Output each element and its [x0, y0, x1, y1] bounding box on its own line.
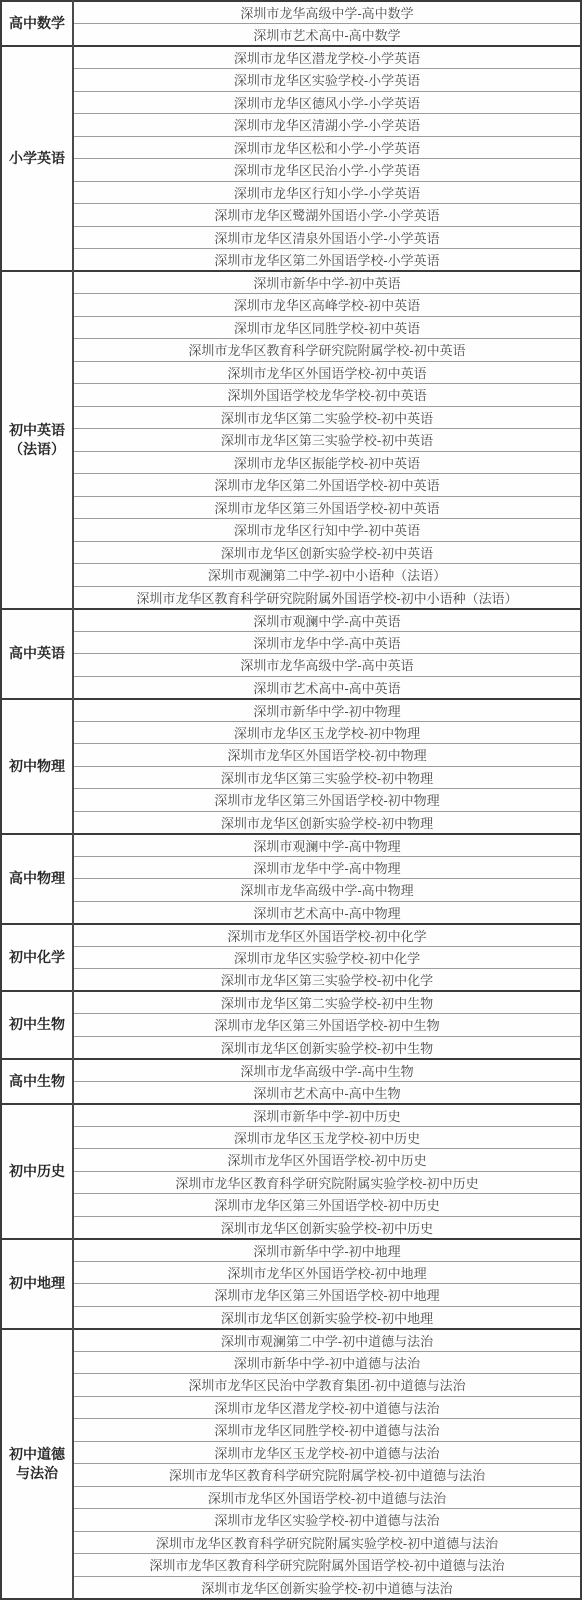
table-row: 深圳市龙华区第三外国语学校-初中生物 [1, 1014, 581, 1037]
school-cell: 深圳市龙华区第二实验学校-初中生物 [73, 991, 581, 1014]
category-cell: 初中物理 [1, 699, 73, 834]
school-cell: 深圳市龙华区行知中学-初中英语 [73, 519, 581, 542]
table-row: 深圳市艺术高中-高中英语 [1, 676, 581, 699]
school-cell: 深圳市龙华区潜龙学校-小学英语 [73, 46, 581, 69]
category-cell: 高中生物 [1, 1059, 73, 1104]
table-row: 初中地理深圳市新华中学-初中地理 [1, 1239, 581, 1262]
school-cell: 深圳市龙华区外国语学校-初中道德与法治 [73, 1486, 581, 1509]
school-cell: 深圳市龙华区创新实验学校-初中地理 [73, 1306, 581, 1329]
school-cell: 深圳市龙华区教育科学研究院附属实验学校-初中历史 [73, 1171, 581, 1194]
school-cell: 深圳市新华中学-初中历史 [73, 1104, 581, 1127]
table-row: 小学英语深圳市龙华区潜龙学校-小学英语 [1, 46, 581, 69]
table-row: 初中化学深圳市龙华区外国语学校-初中化学 [1, 924, 581, 947]
school-cell: 深圳市龙华区外国语学校-初中化学 [73, 924, 581, 947]
table-row: 深圳市龙华区外国语学校-初中历史 [1, 1149, 581, 1172]
school-cell: 深圳市龙华区教育科学研究院附属实验学校-初中道德与法治 [73, 1531, 581, 1554]
table-row: 深圳市龙华区行知中学-初中英语 [1, 519, 581, 542]
table-row: 深圳市龙华区同胜学校-初中道德与法治 [1, 1419, 581, 1442]
school-cell: 深圳市新华中学-初中道德与法治 [73, 1351, 581, 1374]
table-body: 高中数学深圳市龙华高级中学-高中数学深圳市艺术高中-高中数学小学英语深圳市龙华区… [1, 1, 581, 1599]
school-cell: 深圳市龙华区创新实验学校-初中历史 [73, 1216, 581, 1239]
school-cell: 深圳市龙华区外国语学校-初中英语 [73, 361, 581, 384]
school-cell: 深圳市龙华区第三外国语学校-初中历史 [73, 1194, 581, 1217]
table-row: 深圳市龙华区潜龙学校-初中道德与法治 [1, 1396, 581, 1419]
table-row: 初中英语（法语）深圳市新华中学-初中英语 [1, 271, 581, 294]
category-label-line: 初中道德 [4, 1445, 70, 1464]
table-row: 深圳市龙华区第二外国语学校-初中英语 [1, 474, 581, 497]
table-row: 深圳市龙华区外国语学校-初中地理 [1, 1261, 581, 1284]
school-cell: 深圳市艺术高中-高中数学 [73, 24, 581, 47]
category-label-line: 高中物理 [4, 869, 70, 888]
school-cell: 深圳市龙华区外国语学校-初中物理 [73, 744, 581, 767]
table-row: 深圳市龙华区教育科学研究院附属学校-初中道德与法治 [1, 1464, 581, 1487]
school-cell: 深圳市龙华区创新实验学校-初中物理 [73, 811, 581, 834]
table-row: 深圳市龙华区清泉外国语小学-小学英语 [1, 226, 581, 249]
table-row: 高中物理深圳市观澜中学-高中物理 [1, 834, 581, 857]
table-row: 深圳市龙华区民治中学教育集团-初中道德与法治 [1, 1374, 581, 1397]
school-cell: 深圳市龙华区松和小学-小学英语 [73, 136, 581, 159]
table-row: 深圳市龙华区松和小学-小学英语 [1, 136, 581, 159]
school-cell: 深圳市龙华区创新实验学校-初中道德与法治 [73, 1576, 581, 1599]
school-cell: 深圳市龙华高级中学-高中生物 [73, 1059, 581, 1082]
school-cell: 深圳市龙华高级中学-高中英语 [73, 654, 581, 677]
table-row: 深圳市龙华区同胜学校-初中英语 [1, 316, 581, 339]
category-label-line: 高中英语 [4, 644, 70, 663]
table-row: 深圳市龙华区玉龙学校-初中历史 [1, 1126, 581, 1149]
school-cell: 深圳市龙华区实验学校-初中道德与法治 [73, 1509, 581, 1532]
school-cell: 深圳市龙华区教育科学研究院附属学校-初中英语 [73, 339, 581, 362]
table-row: 初中道德与法治深圳市观澜第二中学-初中道德与法治 [1, 1329, 581, 1352]
table-row: 深圳市艺术高中-高中生物 [1, 1081, 581, 1104]
school-cell: 深圳市龙华高级中学-高中数学 [73, 1, 581, 24]
table-row: 初中历史深圳市新华中学-初中历史 [1, 1104, 581, 1127]
table-row: 深圳市观澜第二中学-初中小语种（法语） [1, 564, 581, 587]
table-row: 深圳市龙华区创新实验学校-初中生物 [1, 1036, 581, 1059]
table-row: 高中生物深圳市龙华高级中学-高中生物 [1, 1059, 581, 1082]
school-cell: 深圳市龙华区第二外国语学校-小学英语 [73, 249, 581, 272]
category-cell: 高中数学 [1, 1, 73, 46]
table-row: 深圳市龙华区第二外国语学校-小学英语 [1, 249, 581, 272]
school-cell: 深圳市龙华区第三实验学校-初中化学 [73, 969, 581, 992]
school-cell: 深圳市龙华区民治中学教育集团-初中道德与法治 [73, 1374, 581, 1397]
table-row: 深圳市龙华区行知小学-小学英语 [1, 181, 581, 204]
category-cell: 初中道德与法治 [1, 1329, 73, 1600]
school-cell: 深圳市龙华区教育科学研究院附属外国语学校-初中小语种（法语） [73, 586, 581, 609]
category-cell: 初中英语（法语） [1, 271, 73, 609]
table-row: 深圳市龙华区创新实验学校-初中英语 [1, 541, 581, 564]
school-cell: 深圳市龙华区清泉外国语小学-小学英语 [73, 226, 581, 249]
table-row: 深圳市龙华区教育科学研究院附属学校-初中英语 [1, 339, 581, 362]
subject-school-table: 高中数学深圳市龙华高级中学-高中数学深圳市艺术高中-高中数学小学英语深圳市龙华区… [0, 0, 582, 1600]
category-label-line: 初中生物 [4, 1015, 70, 1034]
table-row: 深圳市龙华区民治小学-小学英语 [1, 159, 581, 182]
school-cell: 深圳市龙华区外国语学校-初中历史 [73, 1149, 581, 1172]
school-cell: 深圳市龙华区鹭湖外国语小学-小学英语 [73, 204, 581, 227]
school-cell: 深圳市观澜中学-高中物理 [73, 834, 581, 857]
school-cell: 深圳市龙华区外国语学校-初中地理 [73, 1261, 581, 1284]
category-label-line: 初中化学 [4, 948, 70, 967]
school-cell: 深圳市新华中学-初中英语 [73, 271, 581, 294]
school-cell: 深圳市龙华区创新实验学校-初中生物 [73, 1036, 581, 1059]
school-cell: 深圳市龙华区第二实验学校-初中英语 [73, 406, 581, 429]
school-cell: 深圳市龙华区第三外国语学校-初中物理 [73, 789, 581, 812]
table-row: 深圳市龙华区高峰学校-初中英语 [1, 294, 581, 317]
table-row: 高中数学深圳市龙华高级中学-高中数学 [1, 1, 581, 24]
table-row: 高中英语深圳市观澜中学-高中英语 [1, 609, 581, 632]
category-label-line: 与法治 [4, 1464, 70, 1483]
table-row: 深圳市龙华区外国语学校-初中物理 [1, 744, 581, 767]
school-cell: 深圳市龙华高级中学-高中物理 [73, 879, 581, 902]
table-row: 深圳市龙华区外国语学校-初中英语 [1, 361, 581, 384]
school-cell: 深圳市龙华区实验学校-初中化学 [73, 946, 581, 969]
school-cell: 深圳市艺术高中-高中物理 [73, 901, 581, 924]
category-cell: 初中生物 [1, 991, 73, 1059]
table-row: 初中生物深圳市龙华区第二实验学校-初中生物 [1, 991, 581, 1014]
category-cell: 初中地理 [1, 1239, 73, 1329]
school-cell: 深圳市龙华区高峰学校-初中英语 [73, 294, 581, 317]
category-cell: 初中历史 [1, 1104, 73, 1239]
school-cell: 深圳市观澜第二中学-初中小语种（法语） [73, 564, 581, 587]
table-row: 深圳市龙华区第三外国语学校-初中地理 [1, 1284, 581, 1307]
table-row: 深圳市龙华区教育科学研究院附属实验学校-初中历史 [1, 1171, 581, 1194]
table-row: 深圳市龙华区清湖小学-小学英语 [1, 114, 581, 137]
table-row: 深圳市龙华区教育科学研究院附属外国语学校-初中小语种（法语） [1, 586, 581, 609]
table-row: 深圳市龙华区第三外国语学校-初中英语 [1, 496, 581, 519]
table-row: 深圳市龙华区玉龙学校-初中道德与法治 [1, 1441, 581, 1464]
school-cell: 深圳市龙华区第三外国语学校-初中生物 [73, 1014, 581, 1037]
table-row: 深圳市艺术高中-高中物理 [1, 901, 581, 924]
table-row: 深圳市龙华区外国语学校-初中道德与法治 [1, 1486, 581, 1509]
category-cell: 高中物理 [1, 834, 73, 924]
school-cell: 深圳市龙华区振能学校-初中英语 [73, 451, 581, 474]
school-cell: 深圳市龙华区实验学校-小学英语 [73, 69, 581, 92]
school-cell: 深圳市龙华区行知小学-小学英语 [73, 181, 581, 204]
table-row: 深圳市龙华区第三外国语学校-初中历史 [1, 1194, 581, 1217]
table-row: 深圳市龙华区鹭湖外国语小学-小学英语 [1, 204, 581, 227]
category-label-line: 初中历史 [4, 1162, 70, 1181]
category-label-line: 高中数学 [4, 14, 70, 33]
category-label-line: 初中物理 [4, 757, 70, 776]
school-cell: 深圳市龙华区教育科学研究院附属学校-初中道德与法治 [73, 1464, 581, 1487]
school-cell: 深圳市龙华区潜龙学校-初中道德与法治 [73, 1396, 581, 1419]
school-cell: 深圳市龙华区教育科学研究院附属外国语学校-初中道德与法治 [73, 1554, 581, 1577]
school-cell: 深圳市龙华区第三外国语学校-初中地理 [73, 1284, 581, 1307]
school-cell: 深圳市龙华区德风小学-小学英语 [73, 91, 581, 114]
table-row: 深圳市龙华中学-高中物理 [1, 856, 581, 879]
school-cell: 深圳市龙华区玉龙学校-初中物理 [73, 721, 581, 744]
school-cell: 深圳市龙华区第三外国语学校-初中英语 [73, 496, 581, 519]
table-row: 深圳市龙华区教育科学研究院附属实验学校-初中道德与法治 [1, 1531, 581, 1554]
category-label-line: 初中地理 [4, 1274, 70, 1293]
table-row: 深圳市龙华区实验学校-小学英语 [1, 69, 581, 92]
table-row: 深圳市龙华区第三实验学校-初中物理 [1, 766, 581, 789]
table-row: 深圳市龙华区实验学校-初中道德与法治 [1, 1509, 581, 1532]
table-row: 深圳市龙华区玉龙学校-初中物理 [1, 721, 581, 744]
table-row: 深圳市龙华区德风小学-小学英语 [1, 91, 581, 114]
school-cell: 深圳市观澜中学-高中英语 [73, 609, 581, 632]
table-row: 深圳市龙华区第三实验学校-初中英语 [1, 429, 581, 452]
table-row: 深圳市龙华区创新实验学校-初中物理 [1, 811, 581, 834]
school-cell: 深圳市新华中学-初中物理 [73, 699, 581, 722]
table-row: 深圳市龙华区振能学校-初中英语 [1, 451, 581, 474]
table-row: 深圳市新华中学-初中道德与法治 [1, 1351, 581, 1374]
category-label-line: 小学英语 [4, 149, 70, 168]
school-cell: 深圳市龙华区第二外国语学校-初中英语 [73, 474, 581, 497]
school-cell: 深圳市龙华区清湖小学-小学英语 [73, 114, 581, 137]
table-row: 深圳市艺术高中-高中数学 [1, 24, 581, 47]
table-row: 初中物理深圳市新华中学-初中物理 [1, 699, 581, 722]
school-cell: 深圳外国语学校龙华学校-初中英语 [73, 384, 581, 407]
school-cell: 深圳市龙华区玉龙学校-初中历史 [73, 1126, 581, 1149]
school-cell: 深圳市龙华中学-高中物理 [73, 856, 581, 879]
table-row: 深圳市龙华区创新实验学校-初中道德与法治 [1, 1576, 581, 1599]
table-row: 深圳市龙华区实验学校-初中化学 [1, 946, 581, 969]
table-row: 深圳市龙华区第三实验学校-初中化学 [1, 969, 581, 992]
table-row: 深圳市龙华区创新实验学校-初中地理 [1, 1306, 581, 1329]
school-cell: 深圳市艺术高中-高中生物 [73, 1081, 581, 1104]
category-label-line: 初中英语 [4, 421, 70, 440]
school-cell: 深圳市龙华区第三实验学校-初中物理 [73, 766, 581, 789]
school-cell: 深圳市新华中学-初中地理 [73, 1239, 581, 1262]
school-cell: 深圳市观澜第二中学-初中道德与法治 [73, 1329, 581, 1352]
table-row: 深圳市龙华高级中学-高中英语 [1, 654, 581, 677]
school-cell: 深圳市龙华区同胜学校-初中道德与法治 [73, 1419, 581, 1442]
category-cell: 小学英语 [1, 46, 73, 271]
table-row: 深圳市龙华区创新实验学校-初中历史 [1, 1216, 581, 1239]
school-cell: 深圳市龙华中学-高中英语 [73, 631, 581, 654]
table-row: 深圳市龙华高级中学-高中物理 [1, 879, 581, 902]
school-cell: 深圳市龙华区第三实验学校-初中英语 [73, 429, 581, 452]
category-label-line: （法语） [4, 440, 70, 459]
table-row: 深圳市龙华中学-高中英语 [1, 631, 581, 654]
table-row: 深圳市龙华区第三外国语学校-初中物理 [1, 789, 581, 812]
category-cell: 初中化学 [1, 924, 73, 992]
school-cell: 深圳市龙华区民治小学-小学英语 [73, 159, 581, 182]
table-row: 深圳市龙华区第二实验学校-初中英语 [1, 406, 581, 429]
table-row: 深圳市龙华区教育科学研究院附属外国语学校-初中道德与法治 [1, 1554, 581, 1577]
table-row: 深圳外国语学校龙华学校-初中英语 [1, 384, 581, 407]
category-label-line: 高中生物 [4, 1072, 70, 1091]
school-cell: 深圳市龙华区玉龙学校-初中道德与法治 [73, 1441, 581, 1464]
category-cell: 高中英语 [1, 609, 73, 699]
school-cell: 深圳市龙华区同胜学校-初中英语 [73, 316, 581, 339]
school-cell: 深圳市艺术高中-高中英语 [73, 676, 581, 699]
school-cell: 深圳市龙华区创新实验学校-初中英语 [73, 541, 581, 564]
